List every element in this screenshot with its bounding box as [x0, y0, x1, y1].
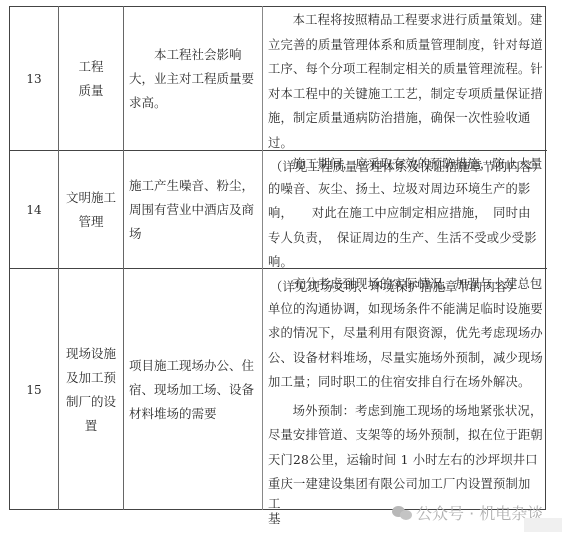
overflow-text: 基 — [268, 512, 281, 526]
item-name-line: 置 — [66, 414, 116, 438]
measure-paragraph: 充分考虑到现场的实际情况，加强与土建总包单位的沟通协调，如现场条件不能满足临时设… — [268, 272, 543, 395]
measures-cell: 本工程将按照精品工程要求进行质量策划。建立完善的质量管理体系和质量管理制度，针对… — [263, 8, 546, 150]
item-name-line: 工程 — [78, 55, 103, 79]
watermark-mask — [524, 518, 562, 532]
measure-paragraph: 施工期间，应采取有效的预防措施，防止大量的噪音、灰尘、扬土、垃圾对周边环境生产的… — [268, 152, 543, 275]
row-number-text: 13 — [26, 67, 41, 91]
item-name-line: 质量 — [78, 79, 103, 103]
item-name-line: 及加工预 — [66, 366, 116, 390]
condition-text: 施工产生噪音、粉尘，周围有营业中酒店及商场 — [129, 174, 258, 246]
wechat-icon — [392, 506, 412, 520]
row-number-text: 14 — [26, 198, 41, 222]
item-name: 工程 质量 — [59, 7, 123, 150]
measures-cell: 充分考虑到现场的实际情况，加强与土建总包单位的沟通协调，如现场条件不能满足临时设… — [263, 272, 546, 497]
measure-paragraph: 场外预制：考虑到施工现场的场地紧张状况，尽量安排管道、支架等的场外预制，拟在位于… — [268, 399, 543, 497]
condition-text: 本工程社会影响大，业主对工程质量要求高。 — [129, 43, 258, 115]
row-number: 15 — [10, 269, 58, 510]
condition-text: 项目施工现场办公、住宿、现场加工场、设备材料堆场的需要 — [129, 354, 258, 426]
condition-cell: 项目施工现场办公、住宿、现场加工场、设备材料堆场的需要 — [124, 269, 262, 510]
condition-cell: 施工产生噪音、粉尘，周围有营业中酒店及商场 — [124, 151, 262, 268]
item-name-line: 制厂的设 — [66, 390, 116, 414]
item-name: 文明施工 管理 — [59, 151, 123, 268]
row-number: 14 — [10, 151, 58, 268]
item-name-line: 文明施工 — [66, 186, 116, 210]
condition-cell: 本工程社会影响大，业主对工程质量要求高。 — [124, 7, 262, 150]
row-number-text: 15 — [26, 378, 41, 402]
overflow-text: 工 — [268, 497, 281, 511]
measures-cell: 施工期间，应采取有效的预防措施，防止大量的噪音、灰尘、扬土、垃圾对周边环境生产的… — [263, 152, 546, 268]
watermark: 公众号 · 机电杂谈 — [392, 501, 543, 524]
item-name-line: 现场设施 — [66, 342, 116, 366]
measure-paragraph: 本工程将按照精品工程要求进行质量策划。建立完善的质量管理体系和质量管理制度，针对… — [268, 8, 543, 155]
item-name-line: 管理 — [66, 210, 116, 234]
item-name: 现场设施 及加工预 制厂的设 置 — [59, 269, 123, 510]
row-number: 13 — [10, 7, 58, 150]
